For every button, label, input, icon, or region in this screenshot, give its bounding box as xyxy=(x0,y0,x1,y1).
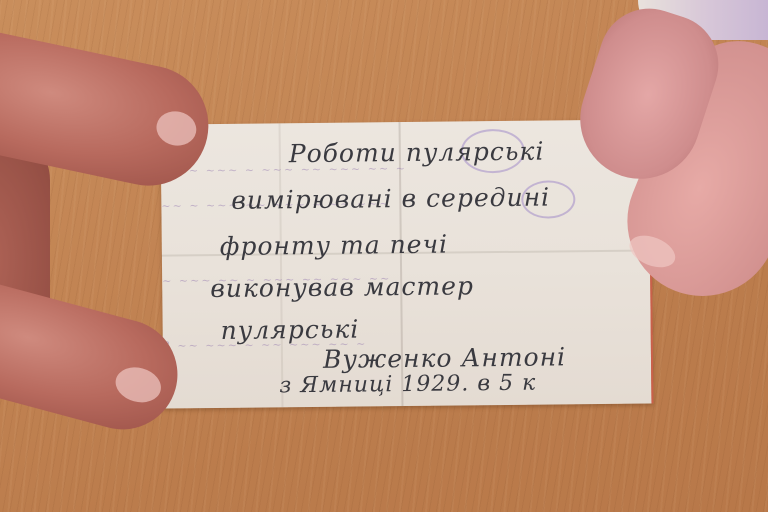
note-place-date: з Ямниці 1929. в 5 к xyxy=(279,371,536,399)
fingernail xyxy=(112,362,165,407)
note-line-4: виконував мастер xyxy=(210,271,474,303)
fingernail xyxy=(153,108,199,150)
note-signature: Вуженко Антоні xyxy=(323,342,566,374)
note-line-1: Роботи пулярські xyxy=(289,137,545,169)
note-line-5: пулярські xyxy=(221,315,360,345)
handwritten-note: ~ ~~ ~~~ ~ ~~~ ~~ ~~~ ~~ ~ ~~ ~ ~~~ ~~ ~… xyxy=(161,119,654,408)
note-line-3: фронту та печі xyxy=(220,230,449,261)
note-line-2: вимірювані в середині xyxy=(231,182,550,214)
